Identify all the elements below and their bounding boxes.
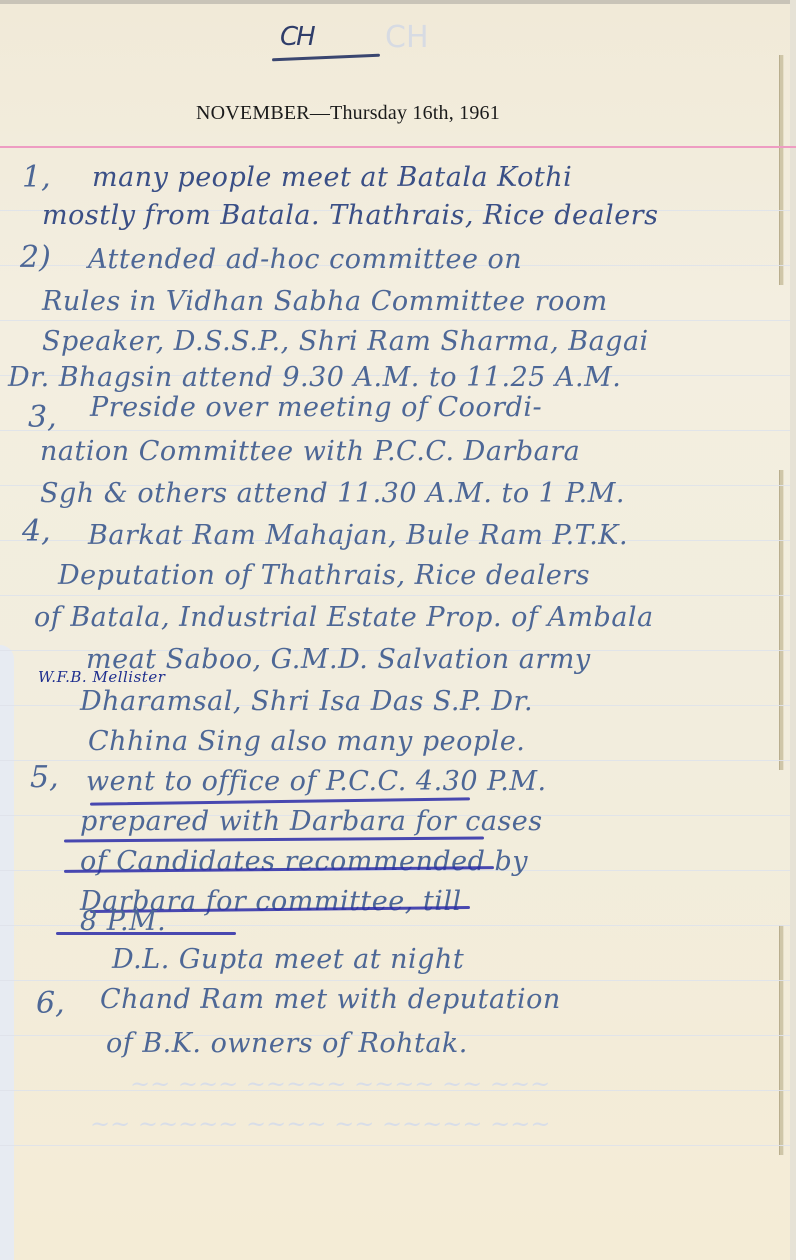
entry-line: many people meet at Batala Kothi (92, 162, 572, 193)
ruled-line (0, 760, 790, 761)
entry-line: Chand Ram met with deputation (100, 984, 561, 1015)
entry-line: mostly from Batala. Thathrais, Rice deal… (42, 200, 658, 231)
entry-line: prepared with Darbara for cases (80, 806, 543, 837)
page-date-heading: NOVEMBER—Thursday 16th, 1961 (196, 102, 500, 125)
page-top-edge (0, 0, 796, 4)
entry-line: nation Committee with P.C.C. Darbara (40, 436, 580, 467)
bleedthrough-text: ~~ ~~~ ~~~~~ ~~~~ ~~ ~~~ (130, 1070, 550, 1098)
initials-underline (272, 54, 380, 62)
header-rule (0, 146, 796, 148)
entry-number: 2) (20, 240, 51, 275)
entry-number: 4, (22, 514, 51, 549)
entry-line: of Candidates recommended by (80, 846, 528, 877)
entry-line: Sgh & others attend 11.30 A.M. to 1 P.M. (40, 478, 625, 509)
entry-line: Attended ad-hoc committee on (88, 244, 522, 275)
page-right-edge (790, 0, 796, 1260)
ruled-line (0, 320, 790, 321)
entry-line: Preside over meeting of Coordi- (90, 392, 542, 423)
entry-line: Speaker, D.S.S.P., Shri Ram Sharma, Baga… (42, 326, 649, 357)
entry-number: 5, (30, 760, 59, 795)
initials-mark: CH (280, 22, 314, 52)
ruled-line (0, 980, 790, 981)
underline-stroke (90, 797, 470, 805)
diary-page: CH CH NOVEMBER—Thursday 16th, 1961 1, ma… (0, 0, 796, 1260)
binding-staple-top (779, 55, 784, 285)
entry-line: Chhina Sing also many people. (88, 726, 525, 757)
entry-line: Dr. Bhagsin attend 9.30 A.M. to 11.25 A.… (8, 362, 621, 393)
ruled-line (0, 595, 790, 596)
ruled-line (0, 1145, 790, 1146)
binding-staple-middle (779, 470, 784, 770)
underline-stroke (56, 932, 236, 935)
bleedthrough-text: ~~ ~~~~~ ~~~~ ~~ ~~~~~ ~~~ (90, 1110, 550, 1138)
entry-line: D.L. Gupta meet at night (112, 944, 464, 975)
entry-line: Rules in Vidhan Sabha Committee room (42, 286, 608, 317)
entry-line: Deputation of Thathrais, Rice dealers (58, 560, 590, 591)
entry-number: 6, (36, 986, 65, 1021)
entry-line: Barkat Ram Mahajan, Bule Ram P.T.K. (88, 520, 628, 551)
entry-line: Dharamsal, Shri Isa Das S.P. Dr. (80, 686, 533, 717)
entry-line: went to office of P.C.C. 4.30 P.M. (86, 766, 547, 797)
entry-number: 1, (22, 160, 51, 195)
entry-line: of B.K. owners of Rohtak. (106, 1028, 468, 1059)
ruled-line (0, 430, 790, 431)
entry-number: 3, (28, 400, 57, 435)
bleedthrough-initials: CH (385, 20, 429, 55)
entry-line: of Batala, Industrial Estate Prop. of Am… (34, 602, 654, 633)
margin-note: W.F.B. Mellister (38, 668, 165, 686)
underline-stroke (64, 837, 484, 843)
page-tab-cutout (0, 645, 14, 1260)
binding-staple-bottom (779, 925, 784, 1155)
